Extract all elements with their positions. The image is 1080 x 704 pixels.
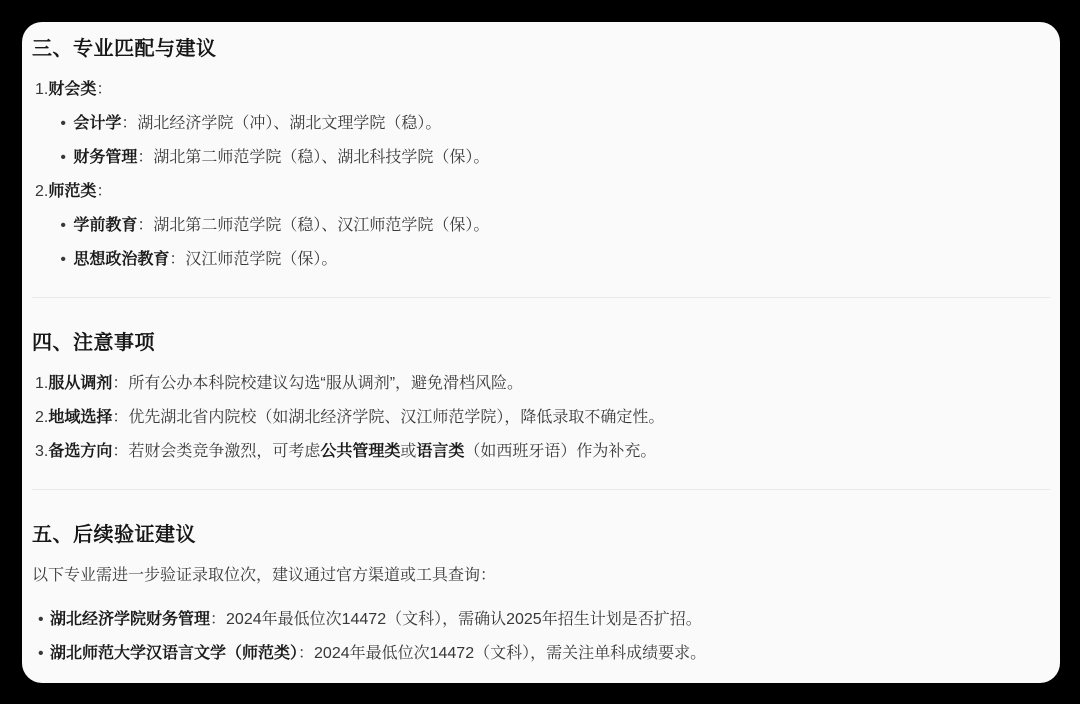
list-item-text: 财会类：•会计学：湖北经济学院（冲）、湖北文理学院（稳）。•财务管理：湖北第二师… <box>48 78 1050 170</box>
bullet-icon: • <box>60 112 73 136</box>
list-item: •思想政治教育：汉江师范学院（保）。 <box>60 248 1050 272</box>
list-item: 3.备选方向：若财会类竞争激烈，可考虑公共管理类或语言类（如西班牙语）作为补充。 <box>35 440 1050 464</box>
text-run: ：优先湖北省内院校（如湖北经济学院、汉江师范学院），降低录取不确定性。 <box>112 409 664 426</box>
intro-paragraph: 以下专业需进一步验证录取位次，建议通过官方渠道或工具查询： <box>32 564 1050 588</box>
section-heading: 五、后续验证建议 <box>32 520 1050 550</box>
list-number: 2. <box>35 180 48 204</box>
bold-text-run: 思想政治教育 <box>73 251 169 268</box>
bullet-icon: • <box>60 214 73 238</box>
list-item: 2.师范类：•学前教育：湖北第二师范学院（稳）、汉江师范学院（保）。•思想政治教… <box>35 180 1050 272</box>
list-item: 1.财会类：•会计学：湖北经济学院（冲）、湖北文理学院（稳）。•财务管理：湖北第… <box>35 78 1050 170</box>
section-heading: 四、注意事项 <box>32 328 1050 358</box>
bullet-icon: • <box>38 642 50 666</box>
list-item: •湖北师范大学汉语言文学（师范类）：2024年最低位次14472（文科），需关注… <box>38 642 1050 666</box>
bullet-list: •湖北经济学院财务管理：2024年最低位次14472（文科），需确认2025年招… <box>32 608 1050 666</box>
ordered-list: 1.服从调剂：所有公办本科院校建议勾选“服从调剂”，避免滑档风险。2.地域选择：… <box>32 372 1050 464</box>
list-item-text: 思想政治教育：汉江师范学院（保）。 <box>73 248 1050 272</box>
section-divider <box>32 297 1050 298</box>
section-heading: 三、专业匹配与建议 <box>32 34 1050 64</box>
text-run: 或 <box>400 443 416 460</box>
list-item-text: 会计学：湖北经济学院（冲）、湖北文理学院（稳）。 <box>73 112 1050 136</box>
list-item-text: 湖北师范大学汉语言文学（师范类）：2024年最低位次14472（文科），需关注单… <box>50 642 1050 666</box>
text-run: ： <box>96 81 112 98</box>
list-item-text: 师范类：•学前教育：湖北第二师范学院（稳）、汉江师范学院（保）。•思想政治教育：… <box>48 180 1050 272</box>
list-number: 1. <box>35 78 48 102</box>
bullet-icon: • <box>38 608 50 632</box>
list-item-text: 服从调剂：所有公办本科院校建议勾选“服从调剂”，避免滑档风险。 <box>48 372 1050 396</box>
bullet-icon: • <box>60 146 73 170</box>
list-item: •学前教育：湖北第二师范学院（稳）、汉江师范学院（保）。 <box>60 214 1050 238</box>
nested-bullet-list: •会计学：湖北经济学院（冲）、湖北文理学院（稳）。•财务管理：湖北第二师范学院（… <box>48 112 1050 170</box>
list-item: 1.服从调剂：所有公办本科院校建议勾选“服从调剂”，避免滑档风险。 <box>35 372 1050 396</box>
ordered-list: 1.财会类：•会计学：湖北经济学院（冲）、湖北文理学院（稳）。•财务管理：湖北第… <box>32 78 1050 272</box>
list-item: 2.地域选择：优先湖北省内院校（如湖北经济学院、汉江师范学院），降低录取不确定性… <box>35 406 1050 430</box>
bold-text-run: 地域选择 <box>48 409 112 426</box>
bold-text-run: 服从调剂 <box>48 375 112 392</box>
text-run: ：湖北第二师范学院（稳）、湖北科技学院（保）。 <box>137 149 489 166</box>
bold-text-run: 备选方向 <box>48 443 112 460</box>
list-item: •湖北经济学院财务管理：2024年最低位次14472（文科），需确认2025年招… <box>38 608 1050 632</box>
text-run: ：所有公办本科院校建议勾选“服从调剂”，避免滑档风险。 <box>112 375 523 392</box>
list-item: •财务管理：湖北第二师范学院（稳）、湖北科技学院（保）。 <box>60 146 1050 170</box>
list-item-text: 地域选择：优先湖北省内院校（如湖北经济学院、汉江师范学院），降低录取不确定性。 <box>48 406 1050 430</box>
text-run: 以下专业需进一步验证录取位次，建议通过官方渠道或工具查询： <box>32 567 496 584</box>
bold-text-run: 财务管理 <box>73 149 137 166</box>
text-run: （如西班牙语）作为补充。 <box>464 443 656 460</box>
text-run: ：汉江师范学院（保）。 <box>169 251 337 268</box>
bold-text-run: 公共管理类 <box>320 443 400 460</box>
section-divider <box>32 489 1050 490</box>
bold-text-run: 湖北师范大学汉语言文学（师范类） <box>50 645 298 662</box>
report-card: 三、专业匹配与建议1.财会类：•会计学：湖北经济学院（冲）、湖北文理学院（稳）。… <box>22 22 1060 683</box>
list-item-text: 财务管理：湖北第二师范学院（稳）、湖北科技学院（保）。 <box>73 146 1050 170</box>
nested-bullet-list: •学前教育：湖北第二师范学院（稳）、汉江师范学院（保）。•思想政治教育：汉江师范… <box>48 214 1050 272</box>
bold-text-run: 会计学 <box>73 115 121 132</box>
list-item: •会计学：湖北经济学院（冲）、湖北文理学院（稳）。 <box>60 112 1050 136</box>
text-run: ： <box>96 183 112 200</box>
bold-text-run: 师范类 <box>48 183 96 200</box>
list-item-text: 学前教育：湖北第二师范学院（稳）、汉江师范学院（保）。 <box>73 214 1050 238</box>
text-run: ：湖北经济学院（冲）、湖北文理学院（稳）。 <box>121 115 441 132</box>
text-run: ：湖北第二师范学院（稳）、汉江师范学院（保）。 <box>137 217 489 234</box>
list-number: 1. <box>35 372 48 396</box>
bold-text-run: 学前教育 <box>73 217 137 234</box>
list-number: 3. <box>35 440 48 464</box>
text-run: ：2024年最低位次14472（文科），需关注单科成绩要求。 <box>298 645 706 662</box>
text-run: ：若财会类竞争激烈，可考虑 <box>112 443 320 460</box>
list-item-text: 湖北经济学院财务管理：2024年最低位次14472（文科），需确认2025年招生… <box>50 608 1050 632</box>
bold-text-run: 湖北经济学院财务管理 <box>50 611 210 628</box>
bold-text-run: 财会类 <box>48 81 96 98</box>
bullet-icon: • <box>60 248 73 272</box>
bold-text-run: 语言类 <box>416 443 464 460</box>
text-run: ：2024年最低位次14472（文科），需确认2025年招生计划是否扩招。 <box>210 611 702 628</box>
list-item-text: 备选方向：若财会类竞争激烈，可考虑公共管理类或语言类（如西班牙语）作为补充。 <box>48 440 1050 464</box>
list-number: 2. <box>35 406 48 430</box>
